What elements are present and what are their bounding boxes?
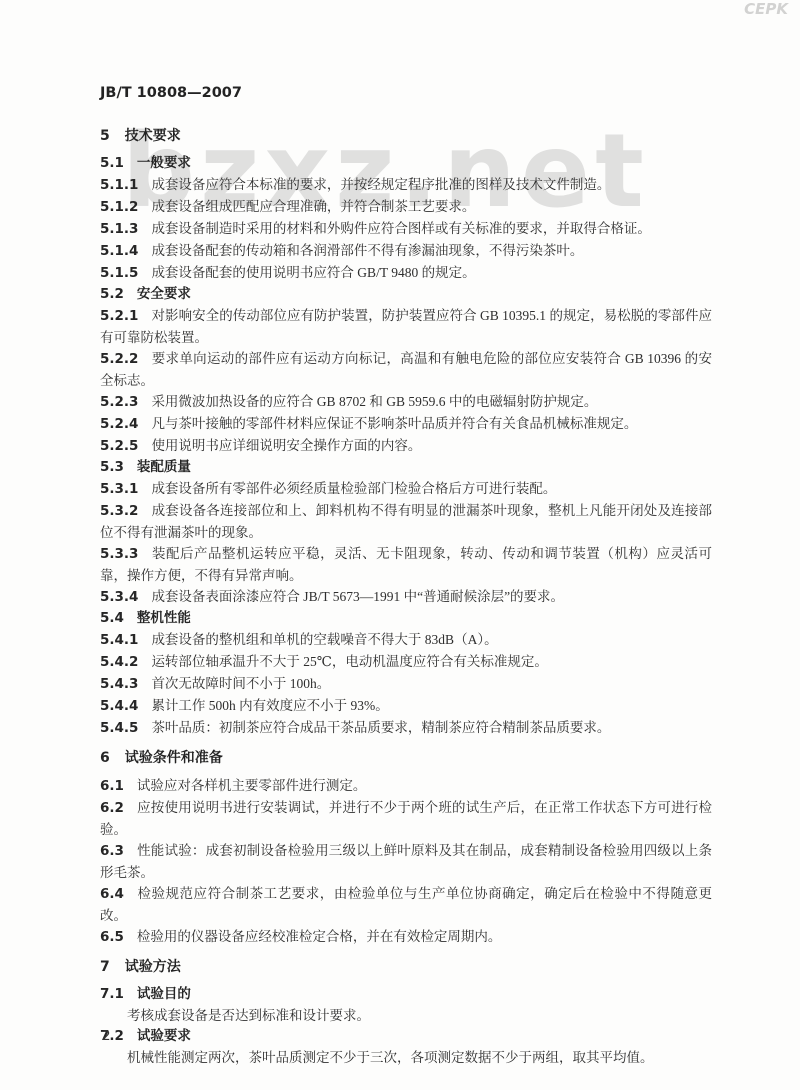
clause-5.3.4: 5.3.4成套设备表面涂漆应符合 JB/T 5673—1991 中“普通耐候涂层…	[100, 586, 712, 608]
clause-number: 5.1.2	[100, 199, 138, 215]
clause-text: 运转部位轴承温升不大于 25℃，电动机温度应符合有关标准规定。	[151, 654, 547, 669]
clause-text: 考核成套设备是否达到标准和设计要求。	[127, 1008, 370, 1023]
clause-number: 6.4	[100, 886, 124, 902]
clause-5.4.3: 5.4.3首次无故障时间不小于 100h。	[100, 673, 712, 695]
clause-text: 成套设备应符合本标准的要求，并按经规定程序批准的图样及技术文件制造。	[151, 177, 610, 192]
clause-6.3: 6.3性能试验：成套初制设备检验用三级以上鲜叶原料及其在制品，成套精制设备检验用…	[100, 840, 712, 883]
clause-text: 成套设备表面涂漆应符合 JB/T 5673—1991 中“普通耐候涂层”的要求。	[151, 589, 564, 604]
body-paragraph: 机械性能测定两次，茶叶品质测定不少于三次，各项测定数据不少于两组，取其平均值。	[100, 1047, 712, 1068]
clause-number: 5.3.1	[100, 481, 138, 497]
clause-number: 5.2.4	[100, 416, 138, 432]
clause-text: 要求单向运动的部件应有运动方向标记，高温和有触电危险的部位应安装符合 GB 10…	[100, 351, 712, 388]
scanned-standard-page: bzxz.net CEPK JB/T 10808—2007 5技术要求5.1一般…	[0, 0, 800, 1090]
clause-text: 首次无故障时间不小于 100h。	[151, 676, 330, 691]
heading-5.2: 5.2安全要求	[100, 284, 712, 305]
clause-number: 7	[100, 959, 110, 975]
clause-number: 5.1.3	[100, 221, 138, 237]
clause-text: 凡与茶叶接触的零部件材料应保证不影响茶叶品质并符合有关食品机械标准规定。	[151, 416, 637, 431]
clause-number: 5.4.1	[100, 632, 138, 648]
clause-5.3.2: 5.3.2成套设备各连接部位和上、卸料机构不得有明显的泄漏茶叶现象，整机上凡能开…	[100, 500, 712, 543]
clause-number: 5.2.2	[100, 351, 138, 367]
clause-number: 5.2.3	[100, 394, 138, 410]
clause-text: 装配质量	[137, 459, 191, 475]
clause-text: 累计工作 500h 内有效度应不小于 93%。	[151, 698, 388, 713]
clause-text: 试验目的	[137, 986, 191, 1002]
document-content: JB/T 10808—2007 5技术要求5.1一般要求5.1.1成套设备应符合…	[100, 84, 712, 1068]
clause-5.1.1: 5.1.1成套设备应符合本标准的要求，并按经规定程序批准的图样及技术文件制造。	[100, 174, 712, 196]
clause-number: 5.2.5	[100, 438, 138, 454]
clause-5.2.1: 5.2.1对影响安全的传动部位应有防护装置，防护装置应符合 GB 10395.1…	[100, 305, 712, 348]
clause-5.4.2: 5.4.2运转部位轴承温升不大于 25℃，电动机温度应符合有关标准规定。	[100, 651, 712, 673]
clause-text: 成套设备的整机组和单机的空载噪音不得大于 83dB（A）。	[151, 632, 497, 647]
clause-number: 5.1.1	[100, 177, 138, 193]
clause-5.2.2: 5.2.2要求单向运动的部件应有运动方向标记，高温和有触电危险的部位应安装符合 …	[100, 348, 712, 391]
clause-text: 应按使用说明书进行安装调试，并进行不少于两个班的试生产后，在正常工作状态下方可进…	[100, 800, 712, 837]
clause-6.2: 6.2应按使用说明书进行安装调试，并进行不少于两个班的试生产后，在正常工作状态下…	[100, 797, 712, 840]
heading-6: 6试验条件和准备	[100, 748, 712, 769]
standard-number-header: JB/T 10808—2007	[100, 84, 712, 102]
clause-number: 5	[100, 128, 110, 144]
clause-text: 技术要求	[125, 128, 181, 144]
clause-number: 5.4.2	[100, 654, 138, 670]
heading-5.3: 5.3装配质量	[100, 457, 712, 478]
clause-number: 5.3.3	[100, 546, 138, 562]
clause-text: 采用微波加热设备的应符合 GB 8702 和 GB 5959.6 中的电磁辐射防…	[151, 394, 597, 409]
clause-5.3.3: 5.3.3装配后产品整机运转应平稳，灵活、无卡阻现象，转动、传动和调节装置（机构…	[100, 543, 712, 586]
clause-number: 5.4	[100, 610, 124, 626]
clause-text: 整机性能	[137, 610, 191, 626]
clause-5.4.4: 5.4.4累计工作 500h 内有效度应不小于 93%。	[100, 695, 712, 717]
clause-5.2.3: 5.2.3采用微波加热设备的应符合 GB 8702 和 GB 5959.6 中的…	[100, 391, 712, 413]
heading-5: 5技术要求	[100, 126, 712, 147]
heading-7.1: 7.1试验目的	[100, 984, 712, 1005]
clause-number: 5.4.5	[100, 720, 138, 736]
clause-number: 6.3	[100, 843, 124, 859]
clause-5.2.5: 5.2.5使用说明书应详细说明安全操作方面的内容。	[100, 435, 712, 457]
clause-number: 6.5	[100, 929, 124, 945]
clause-6.5: 6.5检验用的仪器设备应经校准检定合格，并在有效检定周期内。	[100, 926, 712, 948]
clause-text: 试验要求	[137, 1028, 191, 1044]
clause-5.2.4: 5.2.4凡与茶叶接触的零部件材料应保证不影响茶叶品质并符合有关食品机械标准规定…	[100, 413, 712, 435]
clause-number: 5.3	[100, 459, 124, 475]
clause-text: 成套设备配套的使用说明书应符合 GB/T 9480 的规定。	[151, 265, 475, 280]
clause-text: 试验方法	[125, 959, 181, 975]
clause-number: 5.1.4	[100, 243, 138, 259]
heading-7.2: 7.2试验要求	[100, 1026, 712, 1047]
clause-number: 6	[100, 750, 110, 766]
clause-5.1.3: 5.1.3成套设备制造时采用的材料和外购件应符合图样或有关标准的要求，并取得合格…	[100, 218, 712, 240]
clause-text: 使用说明书应详细说明安全操作方面的内容。	[151, 438, 421, 453]
heading-7: 7试验方法	[100, 957, 712, 978]
clause-6.1: 6.1试验应对各样机主要零部件进行测定。	[100, 775, 712, 797]
clause-5.1.4: 5.1.4成套设备配套的传动箱和各润滑部件不得有渗漏油现象，不得污染茶叶。	[100, 240, 712, 262]
clause-6.4: 6.4检验规范应符合制茶工艺要求，由检验单位与生产单位协商确定，确定后在检验中不…	[100, 883, 712, 926]
clause-number: 5.3.4	[100, 589, 138, 605]
clause-5.1.2: 5.1.2成套设备组成匹配应合理准确，并符合制茶工艺要求。	[100, 196, 712, 218]
clause-text: 对影响安全的传动部位应有防护装置，防护装置应符合 GB 10395.1 的规定，…	[100, 308, 712, 345]
clause-text: 性能试验：成套初制设备检验用三级以上鲜叶原料及其在制品，成套精制设备检验用四级以…	[100, 843, 712, 880]
clause-text: 机械性能测定两次，茶叶品质测定不少于三次，各项测定数据不少于两组，取其平均值。	[127, 1050, 654, 1065]
heading-5.4: 5.4整机性能	[100, 608, 712, 629]
clause-text: 成套设备所有零部件必须经质量检验部门检验合格后方可进行装配。	[151, 481, 556, 496]
clause-text: 成套设备配套的传动箱和各润滑部件不得有渗漏油现象，不得污染茶叶。	[151, 243, 583, 258]
clause-number: 6.2	[100, 800, 124, 816]
clause-5.1.5: 5.1.5成套设备配套的使用说明书应符合 GB/T 9480 的规定。	[100, 262, 712, 284]
clause-text: 安全要求	[137, 286, 191, 302]
clause-number: 5.1.5	[100, 265, 138, 281]
clause-text: 成套设备制造时采用的材料和外购件应符合图样或有关标准的要求，并取得合格证。	[151, 221, 651, 236]
clause-text: 检验用的仪器设备应经校准检定合格，并在有效检定周期内。	[137, 929, 502, 944]
clause-text: 一般要求	[137, 155, 191, 171]
document-body: 5技术要求5.1一般要求5.1.1成套设备应符合本标准的要求，并按经规定程序批准…	[100, 126, 712, 1068]
clause-5.3.1: 5.3.1成套设备所有零部件必须经质量检验部门检验合格后方可进行装配。	[100, 478, 712, 500]
heading-5.1: 5.1一般要求	[100, 153, 712, 174]
clause-number: 7.1	[100, 986, 124, 1002]
clause-5.4.5: 5.4.5茶叶品质：初制茶应符合成品干茶品质要求，精制茶应符合精制茶品质要求。	[100, 717, 712, 739]
clause-number: 6.1	[100, 778, 124, 794]
clause-text: 试验条件和准备	[125, 750, 223, 766]
clause-number: 5.2	[100, 286, 124, 302]
corner-watermark: CEPK	[744, 0, 788, 18]
clause-text: 成套设备各连接部位和上、卸料机构不得有明显的泄漏茶叶现象，整机上凡能开闭处及连接…	[100, 503, 712, 540]
clause-number: 5.4.4	[100, 698, 138, 714]
clause-number: 5.4.3	[100, 676, 138, 692]
clause-number: 5.2.1	[100, 308, 138, 324]
clause-text: 试验应对各样机主要零部件进行测定。	[137, 778, 367, 793]
clause-number: 5.1	[100, 155, 124, 171]
page-number: 2	[102, 1028, 111, 1044]
clause-text: 检验规范应符合制茶工艺要求，由检验单位与生产单位协商确定，确定后在检验中不得随意…	[100, 886, 712, 923]
clause-text: 装配后产品整机运转应平稳，灵活、无卡阻现象，转动、传动和调节装置（机构）应灵活可…	[100, 546, 712, 583]
clause-number: 5.3.2	[100, 503, 138, 519]
clause-5.4.1: 5.4.1成套设备的整机组和单机的空载噪音不得大于 83dB（A）。	[100, 629, 712, 651]
clause-text: 茶叶品质：初制茶应符合成品干茶品质要求，精制茶应符合精制茶品质要求。	[151, 720, 610, 735]
body-paragraph: 考核成套设备是否达到标准和设计要求。	[100, 1005, 712, 1026]
clause-text: 成套设备组成匹配应合理准确，并符合制茶工艺要求。	[151, 199, 475, 214]
